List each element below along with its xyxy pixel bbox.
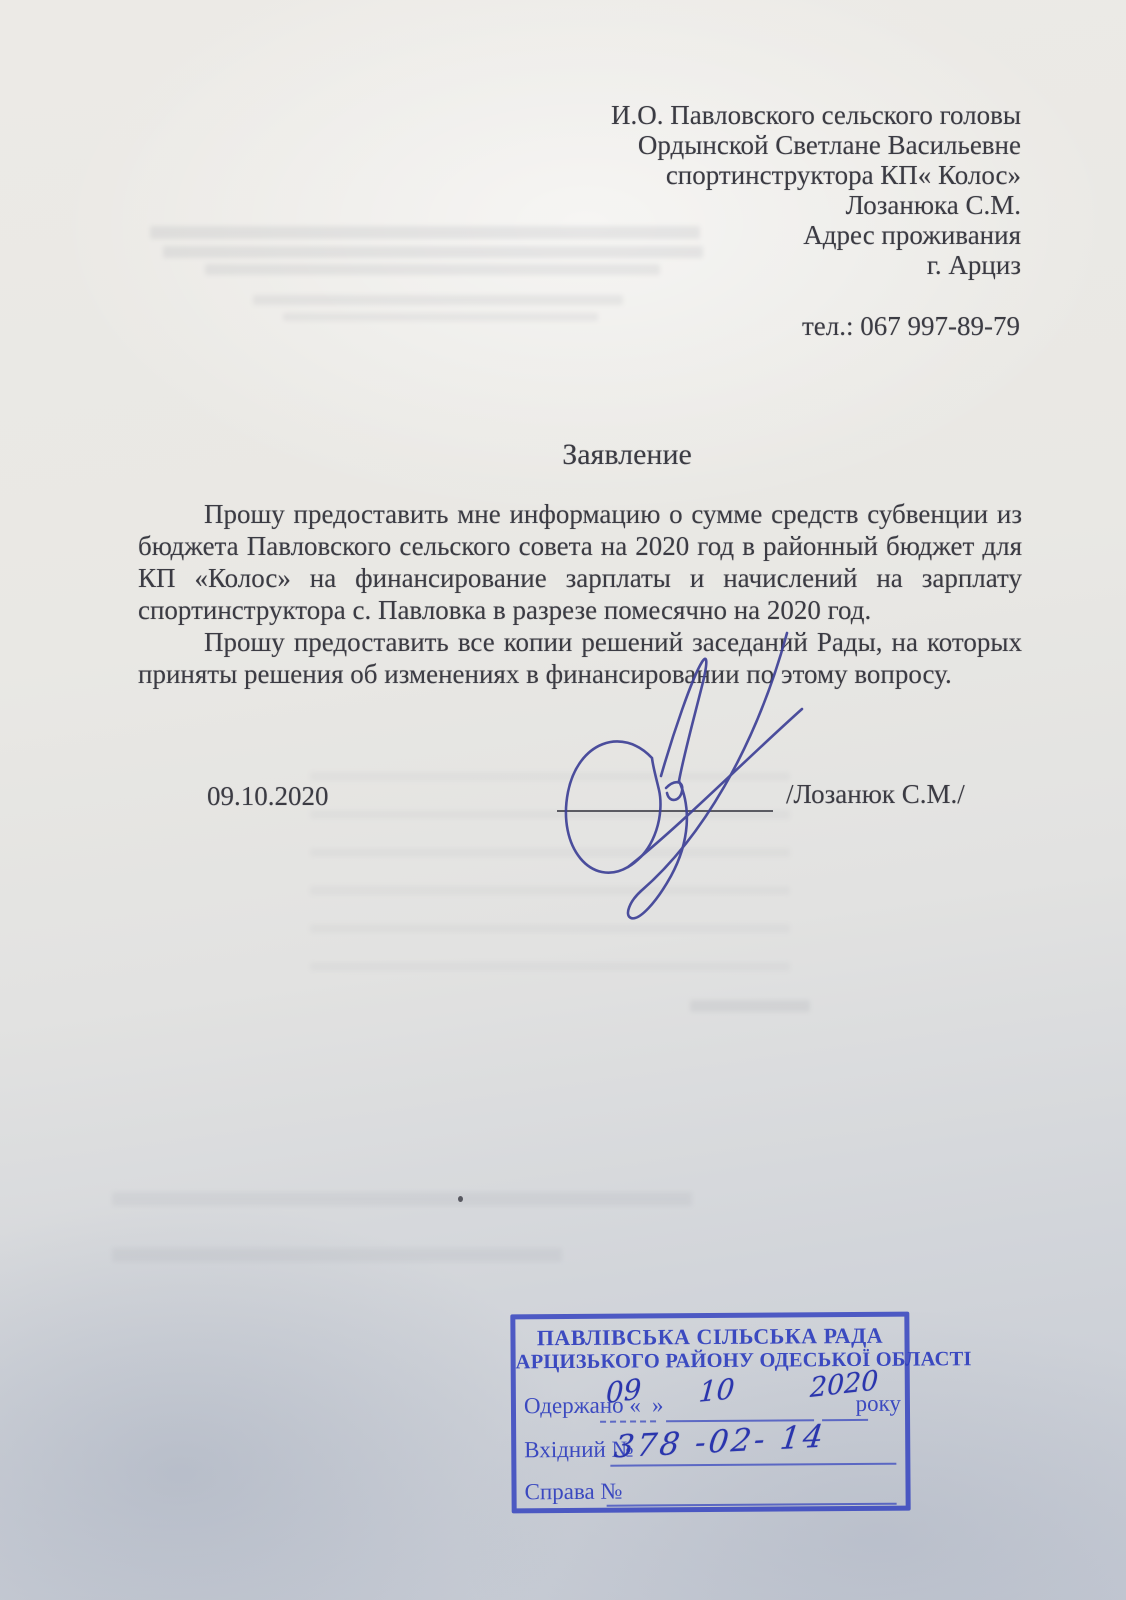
stamp-org-line-1: ПАВЛІВСЬКА СІЛЬСЬКА РАДА <box>515 1323 904 1352</box>
stamp-year-line <box>822 1419 868 1421</box>
scanned-letter-page: И.О. Павловского сельского головы Ордынс… <box>0 0 1126 1600</box>
date-text: 09.10.2020 <box>207 781 329 812</box>
stamp-incoming-number-handwritten: 378 -02- 14 <box>612 1418 828 1465</box>
stamp-received-month-handwritten: 10 <box>698 1372 736 1409</box>
bleed-through-line <box>283 313 598 321</box>
stamp-case-line <box>607 1503 897 1507</box>
signature-ink <box>540 630 820 1000</box>
recipient-line: г. Арциз <box>611 250 1021 280</box>
letter-title: Заявление <box>327 438 927 472</box>
bleed-through-line <box>205 264 660 275</box>
bleed-through-line <box>253 295 623 305</box>
recipient-line: Лозанюка С.М. <box>611 190 1021 220</box>
bleed-through-number <box>690 1000 810 1012</box>
paragraph-1: Прошу предоставить мне информацию о сумм… <box>138 498 1022 626</box>
recipient-line: Ордынской Светлане Васильевне <box>611 130 1021 160</box>
ink-speck <box>458 1196 463 1202</box>
recipient-line: И.О. Павловского сельского головы <box>611 100 1021 130</box>
stamp-received-quote-close: » <box>652 1392 664 1418</box>
bleed-through-line <box>112 1192 692 1206</box>
recipient-block: И.О. Павловского сельского головы Ордынс… <box>611 100 1021 280</box>
stamp-case-label: Справа № <box>524 1479 622 1506</box>
bleed-through-line <box>112 1248 562 1262</box>
stamp-day-line <box>600 1420 656 1422</box>
phone-line: тел.: 067 997-89-79 <box>802 311 1020 342</box>
recipient-line: спортинструктора КП« Колос» <box>611 160 1021 190</box>
recipient-line: Адрес проживания <box>611 220 1021 250</box>
registration-stamp: ПАВЛІВСЬКА СІЛЬСЬКА РАДА АРЦИЗЬКОГО РАЙО… <box>510 1312 910 1514</box>
stamp-received-day-handwritten: 09 <box>606 1372 642 1410</box>
